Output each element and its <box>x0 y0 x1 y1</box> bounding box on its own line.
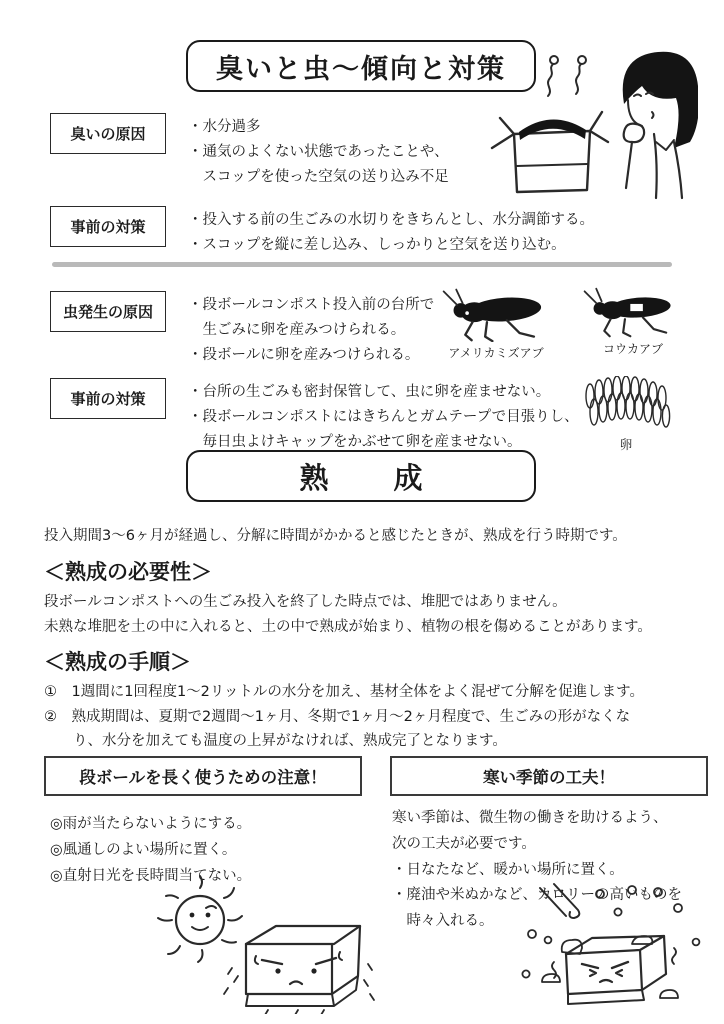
bullet-line: ・スコップを縦に差し込み、しっかりと空気を送り込む。 <box>188 233 594 258</box>
bullet-line: スコップを使った空気の送り込み不足 <box>188 165 449 190</box>
bullet-line: ・通気のよくない状態であったことや、 <box>188 140 449 165</box>
cold-line: ・日なたなど、暖かい場所に置く。 <box>392 858 682 884</box>
soldier-fly-icon <box>574 286 692 338</box>
necessity-line: 段ボールコンポストへの生ごみ投入を終了した時点では、堆肥ではありません。 <box>44 590 714 615</box>
necessity-text: 段ボールコンポストへの生ごみ投入を終了した時点では、堆肥ではありません。 未熟な… <box>44 590 714 639</box>
odor-cause-bullets: ・水分過多 ・通気のよくない状態であったことや、 スコップを使った空気の送り込み… <box>188 113 449 190</box>
cold-line: 次の工夫が必要です。 <box>392 832 682 858</box>
american-soldier-fly-figure: アメリカミズアブ <box>432 286 560 361</box>
bullet-line: ・段ボールコンポスト投入前の台所で <box>188 293 434 318</box>
page-title-text: 臭いと虫～傾向と対策 <box>216 47 506 86</box>
maturation-title-text: 熟 成 <box>281 456 440 497</box>
soldier-fly-caption: コウカアブ <box>603 340 663 357</box>
maturation-title: 熟 成 <box>186 450 536 502</box>
leaflet-page: 臭いと虫～傾向と対策 臭 <box>0 0 724 1024</box>
bullet-line: ・投入する前の生ごみの水切りをきちんとし、水分調節する。 <box>188 208 594 233</box>
insect-measure-label: 事前の対策 <box>50 378 166 419</box>
sun-and-box-icon <box>128 872 378 1014</box>
procedure-line: ② 熟成期間は、夏期で2週間～1ヶ月、冬期で1ヶ月～2ヶ月程度で、生ごみの形がな… <box>44 705 720 730</box>
odor-measure-label: 事前の対策 <box>50 206 166 247</box>
egg-cluster-caption: 卵 <box>620 435 633 453</box>
page-title: 臭いと虫～傾向と対策 <box>186 40 536 92</box>
cold-line: 寒い季節は、微生物の働きを助けるよう、 <box>392 806 682 832</box>
fly-illustrations: アメリカミズアブ コウカアブ <box>432 286 692 361</box>
cold-season-title-text: 寒い季節の工夫！ <box>483 764 615 788</box>
procedure-line: ① 1週間に1回程度1～2リットルの水分を加え、基材全体をよく混ぜて分解を促進し… <box>44 680 720 705</box>
insect-cause-label: 虫発生の原因 <box>50 291 166 332</box>
care-line: ◎雨が当たらないようにする。 <box>50 812 251 838</box>
procedure-line: り、水分を加えても温度の上昇がなければ、熟成完了となります。 <box>44 729 720 754</box>
section-divider <box>52 262 672 267</box>
soldier-fly-figure: コウカアブ <box>574 286 692 361</box>
bullet-line: 生ごみに卵を産みつけられる。 <box>188 318 434 343</box>
bullet-line: ・段ボールコンポストにはきちんとガムテープで目張りし、 <box>188 405 579 430</box>
bullet-line: ・水分過多 <box>188 115 449 140</box>
odor-cause-label: 臭いの原因 <box>50 113 166 154</box>
insect-measure-bullets: ・台所の生ごみも密封保管して、虫に卵を産ませない。 ・段ボールコンポストにはきち… <box>188 378 579 455</box>
snow-and-box-illustration <box>482 882 718 1022</box>
snow-and-box-icon <box>482 882 718 1018</box>
section-insect-cause: 虫発生の原因 ・段ボールコンポスト投入前の台所で 生ごみに卵を産みつけられる。 … <box>50 291 490 368</box>
necessity-heading: ＜熟成の必要性＞ <box>44 556 212 586</box>
odor-measure-bullets: ・投入する前の生ごみの水切りをきちんとし、水分調節する。 ・スコップを縦に差し込… <box>188 206 594 258</box>
maturation-intro: 投入期間3～6ヶ月が経過し、分解に時間がかかると感じたときが、熟成を行う時期です… <box>44 524 704 549</box>
bullet-line: ・台所の生ごみも密封保管して、虫に卵を産ませない。 <box>188 380 579 405</box>
insect-cause-bullets: ・段ボールコンポスト投入前の台所で 生ごみに卵を産みつけられる。 ・段ボールに卵… <box>188 291 434 368</box>
cold-season-title: 寒い季節の工夫！ <box>390 756 708 796</box>
section-odor-measure: 事前の対策 ・投入する前の生ごみの水切りをきちんとし、水分調節する。 ・スコップ… <box>50 206 690 258</box>
american-soldier-fly-icon <box>432 286 560 342</box>
egg-cluster-figure: 卵 <box>580 376 672 453</box>
section-insect-measure: 事前の対策 ・台所の生ごみも密封保管して、虫に卵を産ませない。 ・段ボールコンポ… <box>50 378 610 455</box>
section-odor-cause: 臭いの原因 ・水分過多 ・通気のよくない状態であったことや、 スコップを使った空… <box>50 113 520 190</box>
procedure-heading: ＜熟成の手順＞ <box>44 646 191 676</box>
american-soldier-fly-caption: アメリカミズアブ <box>448 344 543 361</box>
procedure-text: ① 1週間に1回程度1～2リットルの水分を加え、基材全体をよく混ぜて分解を促進し… <box>44 680 720 754</box>
necessity-line: 未熟な堆肥を土の中に入れると、土の中で熟成が始まり、植物の根を傷めることがありま… <box>44 615 714 640</box>
bullet-line: ・段ボールに卵を産みつけられる。 <box>188 343 434 368</box>
cardboard-care-title: 段ボールを長く使うための注意！ <box>44 756 362 796</box>
egg-cluster-icon <box>580 376 672 434</box>
care-line: ◎風通しのよい場所に置く。 <box>50 838 251 864</box>
cardboard-care-title-text: 段ボールを長く使うための注意！ <box>79 764 326 788</box>
sun-and-box-illustration <box>128 872 378 1018</box>
